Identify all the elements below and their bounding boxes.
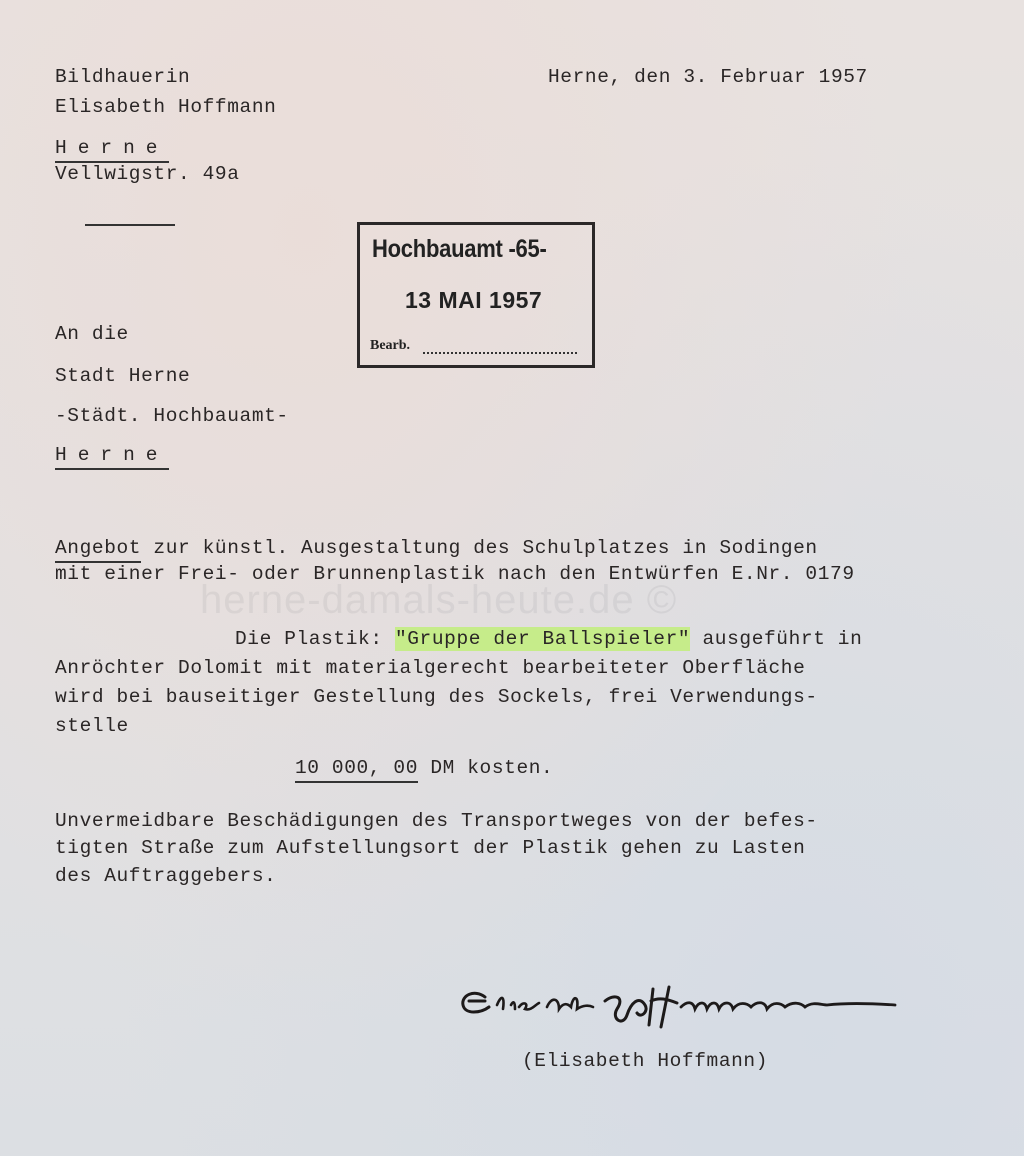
dateline: Herne, den 3. Februar 1957 (548, 68, 868, 88)
sculpture-title-highlight: "Gruppe der Ballspieler" (395, 627, 690, 651)
body-intro: Die Plastik: (235, 628, 395, 650)
recipient-line3: -Städt. Hochbauamt- (55, 407, 289, 427)
damage-line1: Unvermeidbare Beschädigungen des Transpo… (55, 812, 818, 832)
sender-title: Bildhauerin (55, 68, 190, 88)
body-line3: wird bei bauseitiger Gestellung des Sock… (55, 688, 818, 708)
body-line2: Anröchter Dolomit mit materialgerecht be… (55, 659, 805, 679)
price-amount: 10 000, 00 (295, 757, 418, 783)
handwritten-signature (455, 975, 915, 1035)
sender-street: Vellwigstr. 49a (55, 165, 240, 185)
body-line1: Die Plastik: "Gruppe der Ballspieler" au… (235, 630, 862, 650)
stamp-bearb-label: Bearb. (370, 338, 410, 354)
subject-line1: Angebot zur künstl. Ausgestaltung des Sc… (55, 539, 818, 559)
recipient-line1: An die (55, 325, 129, 345)
damage-line2: tigten Straße zum Aufstellungsort der Pl… (55, 839, 805, 859)
recipient-city: Herne (55, 446, 169, 470)
stamp-date: 13 MAI 1957 (405, 287, 542, 314)
sender-city: Herne (55, 139, 169, 163)
subject-label: Angebot (55, 537, 141, 563)
separator-rule (85, 224, 175, 226)
recipient-line2: Stadt Herne (55, 367, 190, 387)
body-line4: stelle (55, 717, 129, 737)
received-stamp: Hochbauamt -65- 13 MAI 1957 Bearb. (357, 222, 595, 368)
subject-line2: mit einer Frei- oder Brunnenplastik nach… (55, 565, 855, 585)
subject-line1-rest: zur künstl. Ausgestaltung des Schulplatz… (141, 537, 818, 559)
signature-printed-name: (Elisabeth Hoffmann) (522, 1052, 768, 1072)
sender-name: Elisabeth Hoffmann (55, 98, 276, 118)
stamp-bearb-line (423, 352, 577, 354)
price-rest: DM kosten. (418, 757, 553, 779)
stamp-office: Hochbauamt -65- (372, 235, 547, 264)
damage-line3: des Auftraggebers. (55, 867, 276, 887)
price-line: 10 000, 00 DM kosten. (295, 759, 553, 779)
body-line1-rest: ausgeführt in (690, 628, 862, 650)
